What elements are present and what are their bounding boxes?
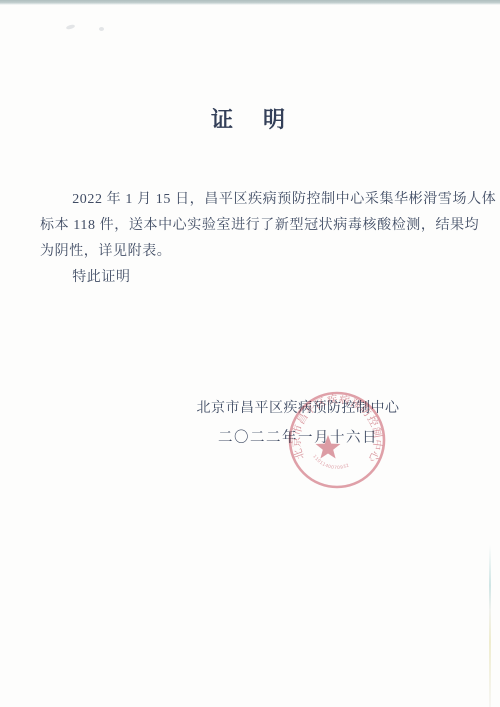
certificate-body: 2022 年 1 月 15 日，昌平区疾病预防控制中心采集华彬滑雪场人体 标本 …: [40, 187, 464, 291]
seal-star-icon: [316, 435, 341, 459]
seal-code-container: 1101140070932: [311, 454, 350, 471]
seal-ring: [290, 393, 384, 487]
closing-line: 特此证明: [40, 265, 464, 291]
scan-speck: [99, 27, 104, 31]
scan-right-edge-artifact: [489, 545, 491, 707]
body-line-2: 标本 118 件，送本中心实验室进行了新型冠状病毒核酸检测，结果均: [40, 213, 464, 239]
official-seal-graphic: 北京市昌平区疾病预防控制中心 1101140070932: [277, 380, 397, 500]
seal-ring-text: 北京市昌平区疾病预防控制中心: [290, 394, 385, 464]
official-seal: 北京市昌平区疾病预防控制中心 1101140070932: [277, 380, 397, 500]
scan-speck: [66, 24, 76, 30]
scanned-certificate-page: 证 明 2022 年 1 月 15 日，昌平区疾病预防控制中心采集华彬滑雪场人体…: [0, 0, 500, 707]
body-line-1: 2022 年 1 月 15 日，昌平区疾病预防控制中心采集华彬滑雪场人体: [40, 187, 464, 213]
certificate-title: 证 明: [0, 103, 500, 134]
seal-ring-text-container: 北京市昌平区疾病预防控制中心: [290, 394, 385, 464]
body-line-3: 为阴性，详见附表。: [40, 239, 464, 265]
seal-code-digits: 1101140070932: [311, 454, 350, 471]
scan-top-edge-artifact: [0, 0, 500, 5]
